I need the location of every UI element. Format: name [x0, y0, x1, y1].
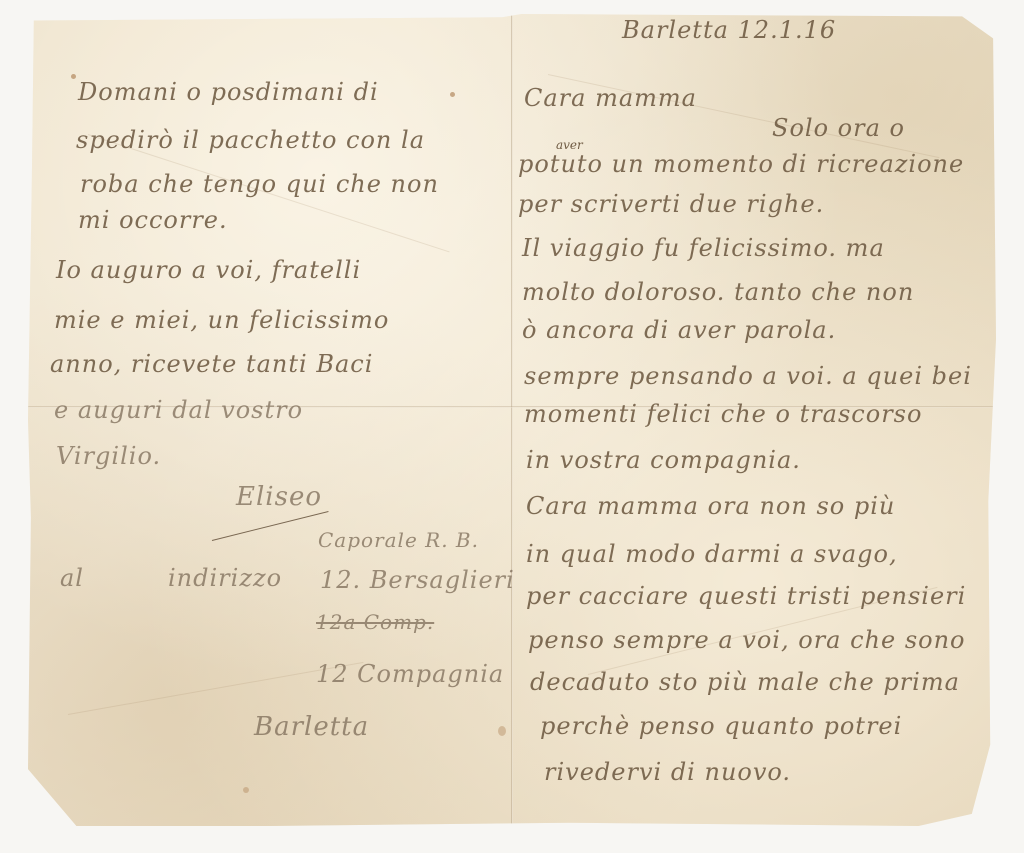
address-prefix: al — [60, 564, 84, 592]
address-rank: Caporale R. B. — [318, 528, 479, 552]
right-line: penso sempre a voi, ora che sono — [528, 626, 966, 654]
salutation: Cara mamma — [524, 84, 697, 112]
right-line: rivedervi di nuovo. — [544, 758, 791, 786]
address-company: 12 Compagnia — [316, 660, 504, 688]
right-line: Il viaggio fu felicissimo. ma — [522, 234, 885, 262]
left-line: mie e miei, un felicissimo — [54, 306, 389, 334]
right-line: momenti felici che o trascorso — [524, 400, 922, 428]
left-line: roba che tengo qui che non — [80, 170, 439, 198]
right-line: in qual modo darmi a svago, — [526, 540, 898, 568]
right-line: per scriverti due righe. — [518, 190, 824, 218]
left-line: Io auguro a voi, fratelli — [56, 256, 361, 284]
address-struck-line: 12a Comp. — [316, 610, 434, 634]
address-unit: 12. Bersaglieri — [320, 566, 515, 594]
right-line: in vostra compagnia. — [526, 446, 801, 474]
left-line: Virgilio. — [56, 442, 161, 470]
ink-stain — [450, 92, 455, 97]
right-line: perchè penso quanto potrei — [540, 712, 902, 740]
right-line: molto doloroso. tanto che non — [522, 278, 914, 306]
right-line: decaduto sto più male che prima — [530, 668, 960, 696]
vertical-fold — [511, 14, 513, 826]
ink-stain — [498, 726, 506, 736]
left-line: spedirò il pacchetto con la — [76, 126, 425, 154]
right-line: per cacciare questi tristi pensieri — [526, 582, 966, 610]
right-line: potuto un momento di ricreazione — [518, 150, 964, 178]
signature: Eliseo — [236, 482, 322, 512]
left-line: e auguri dal vostro — [54, 396, 303, 424]
right-line: sempre pensando a voi. a quei bei — [524, 362, 972, 390]
address-label: indirizzo — [168, 564, 282, 592]
left-line: Domani o posdimani di — [78, 78, 379, 106]
ink-stain — [243, 787, 249, 793]
address-city: Barletta — [254, 712, 369, 742]
right-line: ò ancora di aver parola. — [522, 316, 836, 344]
ink-stain — [71, 74, 76, 79]
header-date: Barletta 12.1.16 — [622, 16, 836, 44]
left-line: mi occorre. — [78, 206, 228, 234]
right-line: Solo ora o — [772, 114, 905, 142]
left-line: anno, ricevete tanti Baci — [50, 350, 373, 378]
right-line: Cara mamma ora non so più — [526, 492, 895, 520]
